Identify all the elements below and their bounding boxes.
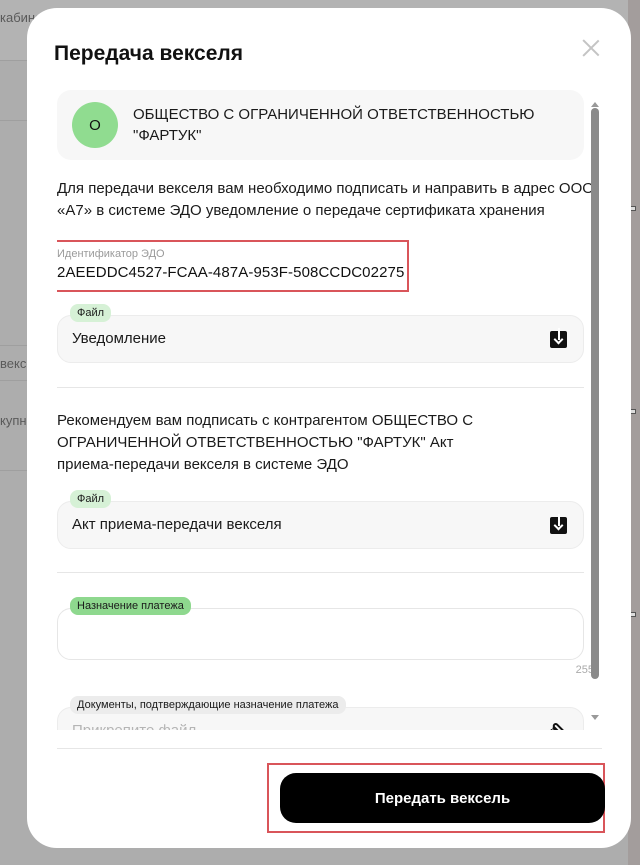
act-file-field[interactable]: Файл Акт приема-передачи векселя — [57, 501, 584, 549]
act-file-name: Акт приема-передачи векселя — [72, 516, 282, 533]
download-icon[interactable] — [550, 517, 567, 534]
download-icon[interactable] — [550, 331, 567, 348]
modal-scroll-content[interactable]: О ОБЩЕСТВО С ОГРАНИЧЕННОЙ ОТВЕТСТВЕННОСТ… — [57, 90, 604, 730]
notification-file-name: Уведомление — [72, 330, 166, 347]
instruction-text: Для передачи векселя вам необходимо подп… — [57, 178, 597, 222]
supporting-docs-label: Документы, подтверждающие назначение пла… — [70, 696, 346, 714]
file-chip: Файл — [70, 490, 111, 508]
transfer-bill-modal: Передача векселя О ОБЩЕСТВО С ОГРАНИЧЕНН… — [27, 8, 631, 848]
supporting-docs-field[interactable]: Документы, подтверждающие назначение пла… — [57, 707, 584, 730]
section-divider — [57, 387, 584, 388]
scroll-down-arrow[interactable] — [591, 715, 599, 720]
footer-divider — [57, 748, 602, 749]
notification-file-field[interactable]: Файл Уведомление — [57, 315, 584, 363]
company-name: ОБЩЕСТВО С ОГРАНИЧЕННОЙ ОТВЕТСТВЕННОСТЬЮ… — [133, 104, 553, 146]
section-divider — [57, 572, 584, 573]
attach-placeholder: Прикрепите файл — [72, 722, 196, 730]
scrollbar-thumb[interactable] — [591, 108, 599, 679]
transfer-bill-button[interactable]: Передать вексель — [280, 773, 605, 823]
close-icon[interactable] — [581, 38, 601, 58]
file-chip: Файл — [70, 304, 111, 322]
paperclip-icon[interactable] — [547, 720, 569, 730]
edo-identifier-value: 2AEEDDC4527-FCAA-487A-953F-508CCDC02275 — [57, 264, 404, 281]
payment-purpose-label: Назначение платежа — [70, 597, 191, 615]
modal-title: Передача векселя — [54, 42, 243, 66]
recommendation-text: Рекомендуем вам подписать с контрагентом… — [57, 410, 487, 476]
company-avatar: О — [72, 102, 118, 148]
edo-identifier-label: Идентификатор ЭДО — [57, 248, 165, 260]
scroll-up-arrow[interactable] — [591, 102, 599, 107]
company-card: О ОБЩЕСТВО С ОГРАНИЧЕННОЙ ОТВЕТСТВЕННОСТ… — [57, 90, 584, 160]
payment-purpose-field[interactable]: Назначение платежа — [57, 608, 584, 660]
edo-identifier-field: Идентификатор ЭДО 2AEEDDC4527-FCAA-487A-… — [57, 240, 409, 292]
